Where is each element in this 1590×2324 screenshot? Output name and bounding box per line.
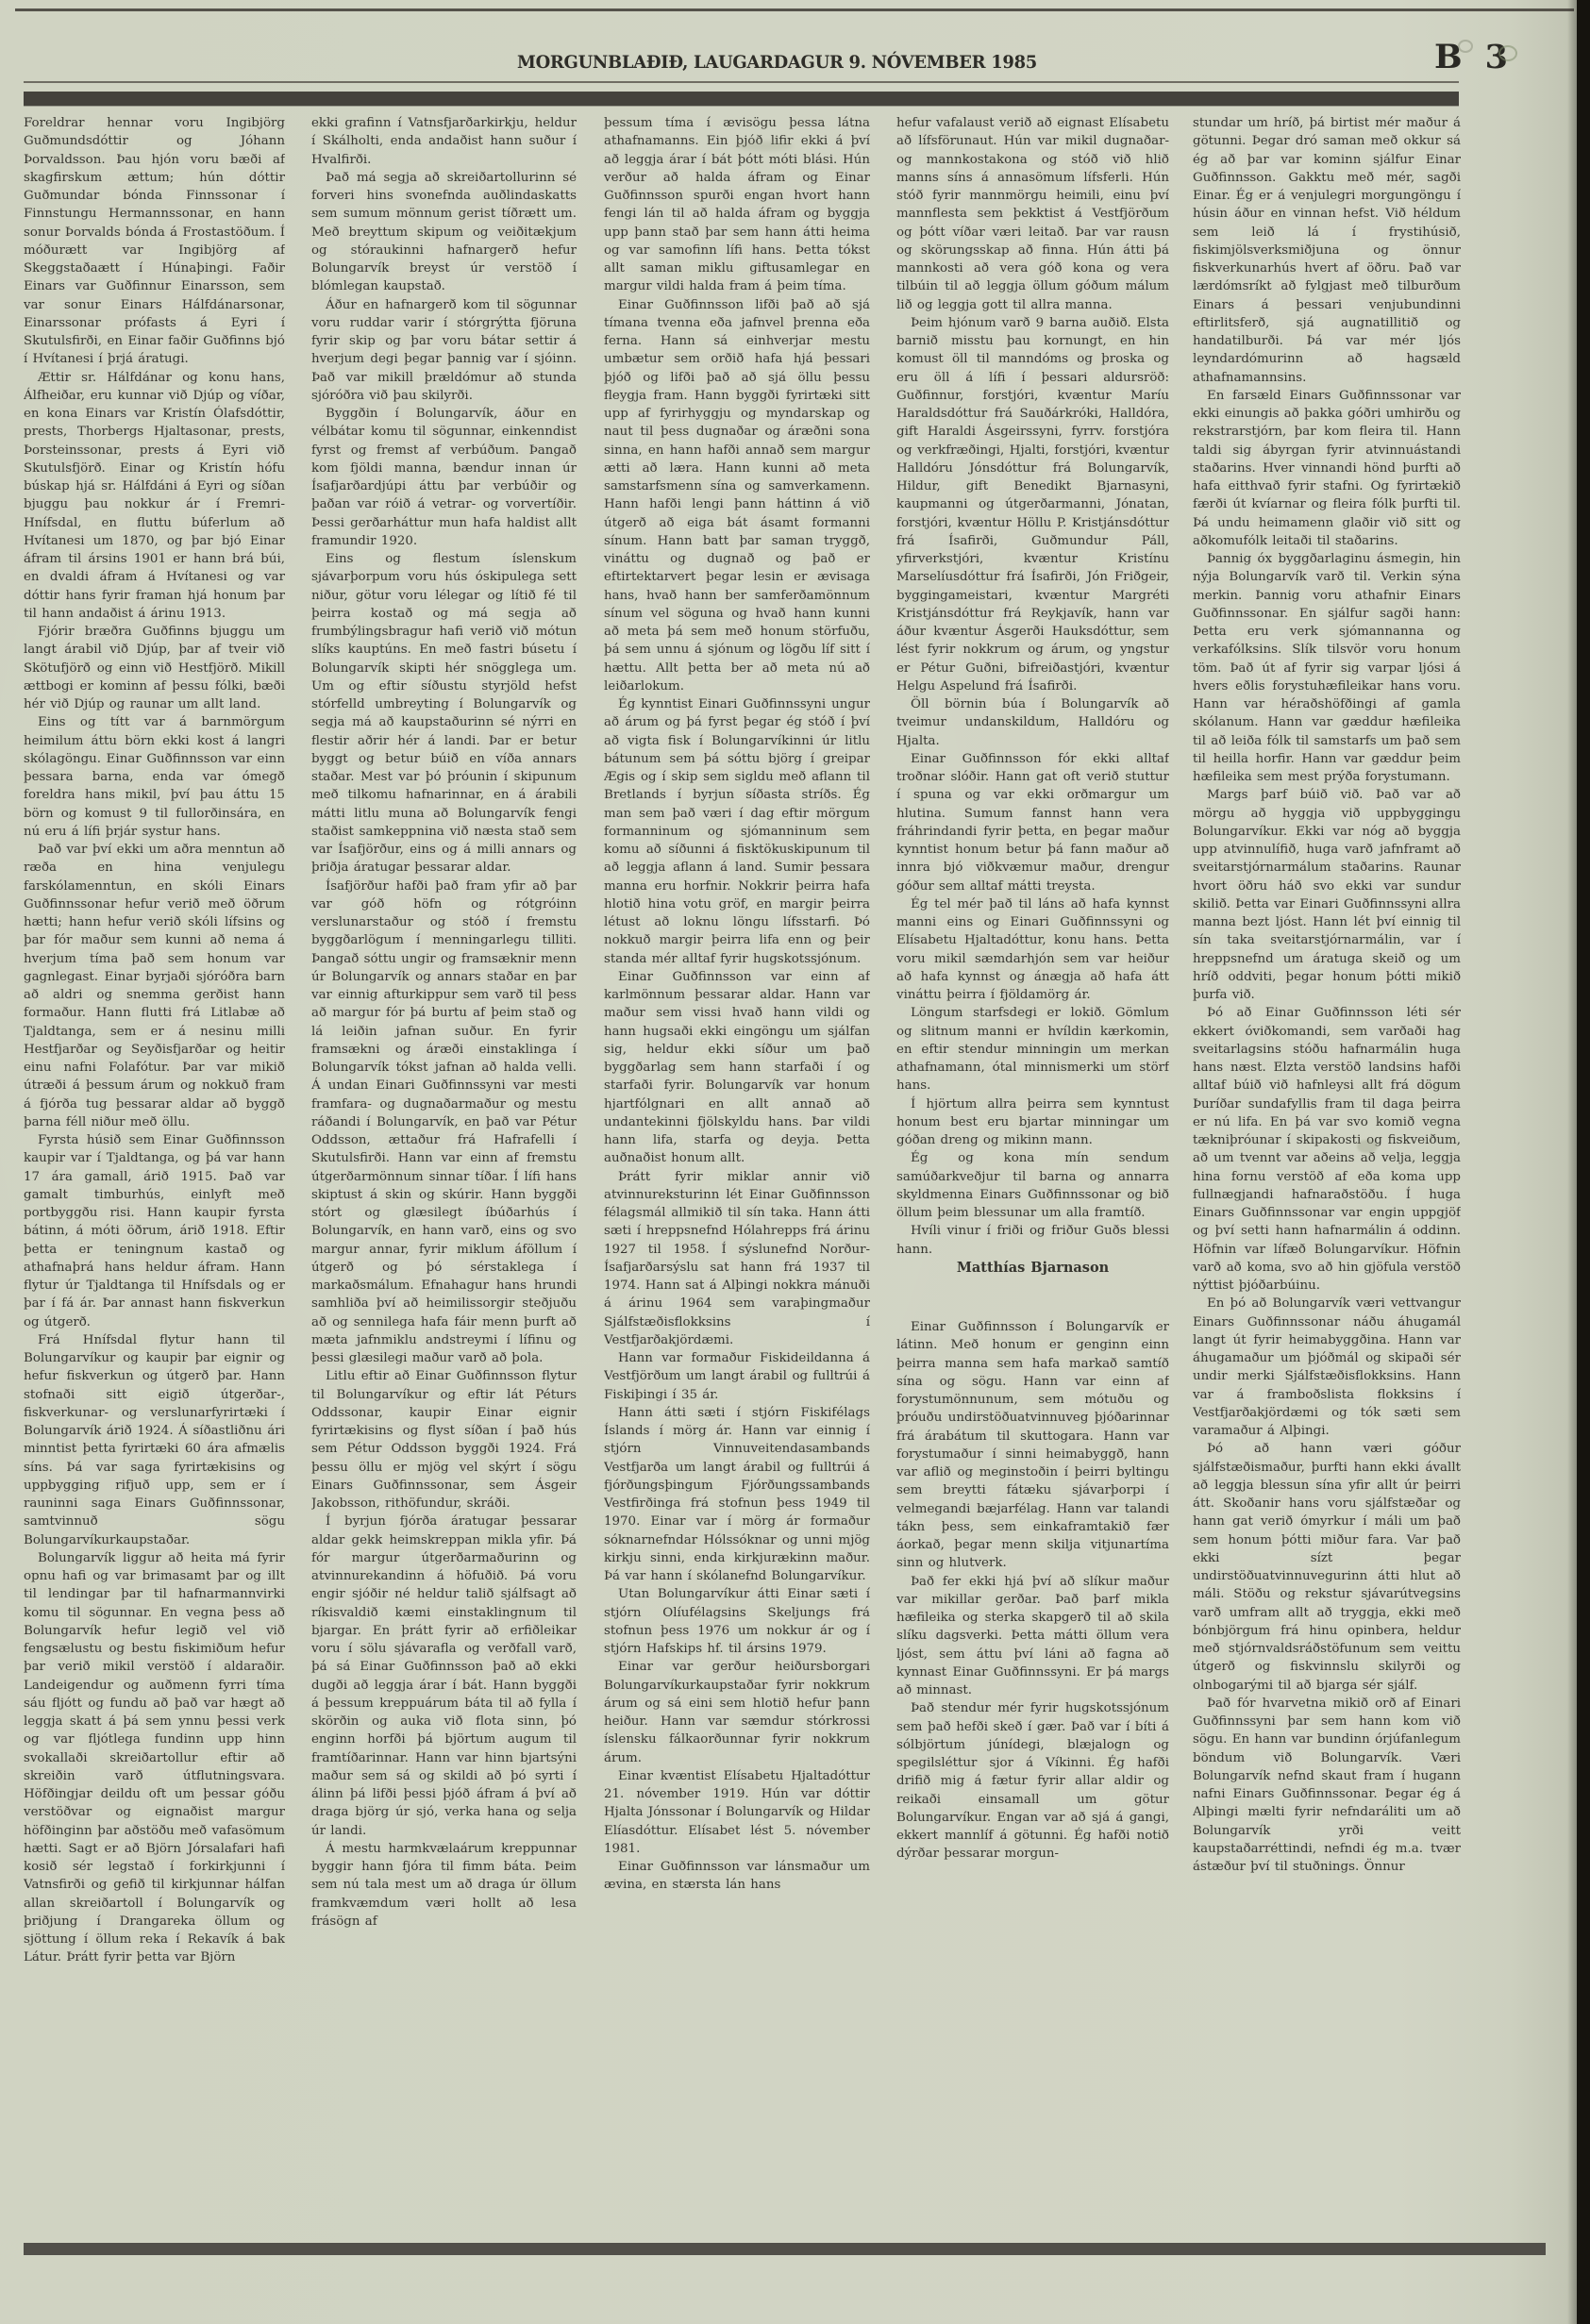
page-number: 3 [1485,38,1508,76]
body-paragraph: Ættir sr. Hálfdánar og konu hans, Álfhei… [24,369,285,624]
article-separator [896,1277,1169,1318]
body-paragraph: Áður en hafnargerð kom til sögunnar voru… [311,296,577,406]
body-paragraph: Þannig óx byggðarlaginu ásmegin, hin nýj… [1193,550,1461,786]
newspaper-page: MORGUNBLAÐIÐ, LAUGARDAGUR 9. NÓVEMBER 19… [0,0,1590,2324]
author-signature: Matthías Bjarnason [896,1259,1169,1277]
body-paragraph: En farsæld Einars Guðfinnssonar var ekki… [1193,387,1461,550]
body-paragraph: þessum tíma í ævisögu þessa látna athafn… [604,114,870,296]
body-paragraph: Ísafjörður hafði það fram yfir að þar va… [311,878,577,1368]
body-paragraph: Ég kynntist Einari Guðfinnssyni ungur að… [604,695,870,968]
body-paragraph: stundar um hríð, þá birtist mér maður á … [1193,114,1461,387]
body-paragraph: Þó að hann væri góður sjálfstæðismaður, … [1193,1440,1461,1695]
header-rule-thick [24,92,1459,106]
bottom-rule [24,2243,1546,2255]
body-paragraph: Fyrsta húsið sem Einar Guðfinnsson kaupi… [24,1131,285,1331]
body-paragraph: Eins og flestum íslenskum sjávarþorpum v… [311,550,577,878]
body-paragraph: Ég og kona mín sendum samúðarkveðjur til… [896,1149,1169,1222]
body-paragraph: Foreldrar hennar voru Ingibjörg Guðmunds… [24,114,285,369]
news-column-1: Foreldrar hennar voru Ingibjörg Guðmunds… [24,114,285,2239]
body-paragraph: Einar kvæntist Elísabetu Hjaltadóttur 21… [604,1767,870,1858]
top-edge-rule [15,8,1574,11]
body-paragraph: Einar Guðfinnsson var einn af karlmönnum… [604,968,870,1168]
body-paragraph: ekki grafinn í Vatnsfjarðarkirkju, heldu… [311,114,577,169]
page-scan-edge [1577,0,1590,2324]
news-column-2: ekki grafinn í Vatnsfjarðarkirkju, heldu… [311,114,577,2239]
news-column-5: stundar um hríð, þá birtist mér maður á … [1193,114,1461,2239]
header-rule-thin [24,81,1459,83]
body-paragraph: Í byrjun fjórða áratugar þessarar aldar … [311,1513,577,1840]
body-paragraph: Fjórir bræðra Guðfinns bjuggu um langt á… [24,623,285,713]
body-paragraph: Þó að Einar Guðfinnsson léti sér ekkert … [1193,1004,1461,1295]
news-column-3: þessum tíma í ævisögu þessa látna athafn… [604,114,870,2239]
body-paragraph: Utan Bolungarvíkur átti Einar sæti í stj… [604,1585,870,1658]
body-paragraph: Það má segja að skreiðartollurinn sé for… [311,169,577,296]
body-paragraph: Einar Guðfinnsson lifði það að sjá tíman… [604,296,870,696]
body-paragraph: Hann átti sæti í stjórn Fiskifélags Ísla… [604,1404,870,1586]
body-paragraph: Einar Guðfinnsson fór ekki alltaf troðna… [896,750,1169,895]
body-paragraph: Ég tel mér það til láns að hafa kynnst m… [896,895,1169,1005]
body-paragraph: Þeim hjónum varð 9 barna auðið. Elsta ba… [896,314,1169,695]
section-letter: B [1434,38,1463,76]
body-paragraph: Á mestu harmkvælaárum kreppunnar byggir … [311,1840,577,1931]
body-paragraph: Það fór hvarvetna mikið orð af Einari Gu… [1193,1695,1461,1877]
body-paragraph: Það fer ekki hjá því að slíkur maður var… [896,1573,1169,1700]
body-paragraph: Byggðin í Bolungarvík, áður en vélbátar … [311,405,577,550]
page-edge-shadow [1567,0,1577,2324]
body-paragraph: Þrátt fyrir miklar annir við atvinnureks… [604,1168,870,1350]
body-paragraph: Margs þarf búið við. Það var að mörgu að… [1193,786,1461,1004]
body-paragraph: Einar var gerður heiðursborgari Bolungar… [604,1658,870,1767]
body-paragraph: hefur vafalaust verið að eignast Elísabe… [896,114,1169,314]
body-paragraph: Litlu eftir að Einar Guðfinnsson flytur … [311,1367,577,1513]
body-paragraph: Frá Hnífsdal flytur hann til Bolungarvík… [24,1331,285,1549]
body-paragraph: Löngum starfsdegi er lokið. Gömlum og sl… [896,1004,1169,1095]
masthead-dateline: MORGUNBLAÐIÐ, LAUGARDAGUR 9. NÓVEMBER 19… [517,53,938,73]
body-paragraph: Öll börnin búa í Bolungarvík að tveimur … [896,695,1169,750]
body-paragraph: En þó að Bolungarvík væri vettvangur Ein… [1193,1295,1461,1440]
body-paragraph: Hvíli vinur í friði og friður Guðs bless… [896,1222,1169,1259]
body-paragraph: Bolungarvík liggur að heita má fyrir opn… [24,1549,285,1967]
body-paragraph: Einar Guðfinnsson var lánsmaður um ævina… [604,1858,870,1895]
body-paragraph: Hann var formaður Fiskideildanna á Vestf… [604,1349,870,1404]
body-paragraph: Einar Guðfinnsson í Bolungarvík er látin… [896,1318,1169,1573]
page-marker: B3 [1434,38,1508,76]
news-column-4: hefur vafalaust verið að eignast Elísabe… [896,114,1169,2239]
body-paragraph: Það var því ekki um aðra menntun að ræða… [24,841,285,1131]
body-paragraph: Það stendur mér fyrir hugskotssjónum sem… [896,1699,1169,1863]
body-paragraph: Í hjörtum allra þeirra sem kynntust honu… [896,1095,1169,1150]
body-paragraph: Eins og títt var á barnmörgum heimilum á… [24,713,285,841]
